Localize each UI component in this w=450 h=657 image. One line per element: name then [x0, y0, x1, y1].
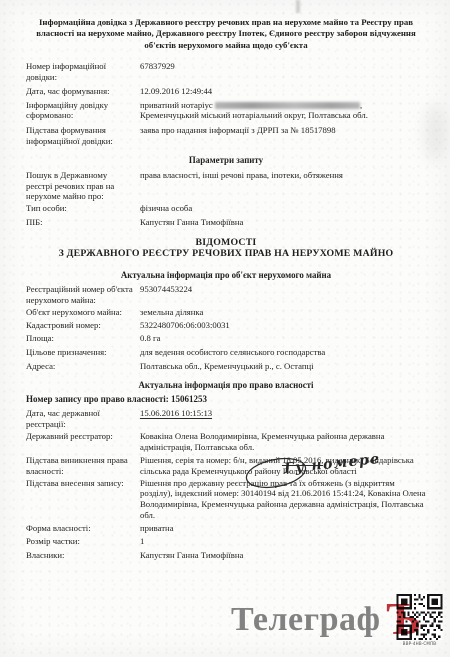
field-value: Полтавська обл., Кременчуцький р., с. Ос…	[140, 361, 426, 372]
field-label: Форма власності:	[26, 523, 140, 534]
field-row-person-type: Тип особи: фізична особа	[26, 203, 426, 214]
field-row-purpose: Цільове призначення: для ведення особист…	[26, 347, 426, 358]
field-value: Капустян Ганна Тимофіївна	[140, 217, 426, 228]
field-label: Пошук в Державному реєстрі речових прав …	[26, 170, 140, 202]
header-fields: Номер інформаційної довідки: 67837929 Да…	[26, 61, 426, 146]
field-value: земельна ділянка	[140, 307, 426, 318]
ownership-fields: Дата, час державної реєстрації: 15.06.20…	[26, 408, 426, 561]
field-label: Державний реєстратор:	[26, 431, 140, 442]
field-row-formation-date: Дата, час формування: 12.09.2016 12:49:4…	[26, 86, 426, 97]
hand-underlined-date: 15.06.2016 10:15:13	[140, 408, 212, 420]
scan-smudge	[296, 0, 300, 13]
section-heading-query-params: Параметри запиту	[26, 155, 426, 166]
field-value: права власності, інші речові права, іпот…	[140, 170, 426, 181]
field-row-registration-datetime: Дата, час державної реєстрації: 15.06.20…	[26, 408, 426, 430]
field-row-entry-basis: Підстава внесення запису: Рішення про де…	[26, 478, 426, 521]
field-label: Реєстраційний номер об'єкта нерухомого м…	[26, 284, 140, 306]
field-row-area: Площа: 0.8 га	[26, 333, 426, 344]
field-row-ownership-form: Форма власності: приватна	[26, 523, 426, 534]
field-label: Кадастровий номер:	[26, 320, 140, 331]
field-label: Площа:	[26, 333, 140, 344]
field-row-state-registrar: Державний реєстратор: Ковакіна Олена Вол…	[26, 431, 426, 453]
field-label: Об'єкт нерухомого майна:	[26, 307, 140, 318]
section-heading-register: ВІДОМОСТІ З ДЕРЖАВНОГО РЕЄСТРУ РЕЧОВИХ П…	[26, 237, 426, 261]
field-row-certificate-number: Номер інформаційної довідки: 67837929	[26, 61, 426, 83]
field-row-owners: Власники: Капустян Ганна Тимофіївна	[26, 550, 426, 561]
watermark-telegraf-red-letter: Ъ	[386, 596, 421, 642]
watermark-telegraf: Телеграф	[231, 603, 381, 637]
field-value: фізична особа	[140, 203, 426, 214]
field-label: Підстава внесення запису:	[26, 478, 140, 489]
field-label: Підстава формування інформаційної довідк…	[26, 125, 140, 147]
field-value: 12.09.2016 12:49:44	[140, 86, 426, 97]
field-value: 0.8 га	[140, 333, 426, 344]
field-row-address: Адреса: Полтавська обл., Кременчуцький р…	[26, 361, 426, 372]
redacted-name	[215, 102, 360, 109]
notary-comma: ,	[360, 100, 362, 110]
field-value: приватний нотаріус , Кременчуцький міськ…	[140, 100, 426, 122]
field-value: Ковакіна Олена Володимирівна, Кременчуць…	[140, 431, 426, 453]
field-label: Цільове призначення:	[26, 347, 140, 358]
query-fields: Пошук в Державному реєстрі речових прав …	[26, 170, 426, 228]
field-value: Капустян Ганна Тимофіївна	[140, 550, 426, 561]
scan-smudge	[424, 104, 446, 162]
field-row-search-scope: Пошук в Державному реєстрі речових прав …	[26, 170, 426, 202]
field-value: приватна	[140, 523, 426, 534]
field-label: Власники:	[26, 550, 140, 561]
ownership-record-number: Номер запису про право власності: 150612…	[26, 394, 426, 405]
field-row-registration-number: Реєстраційний номер об'єкта нерухомого м…	[26, 284, 426, 306]
field-value: 953074453224	[140, 284, 426, 295]
document-content: Інформаційна довідка з Державного реєстр…	[0, 0, 450, 561]
field-label: Підстава виникнення права власності:	[26, 455, 140, 477]
field-label: Номер інформаційної довідки:	[26, 61, 140, 83]
field-label: Дата, час формування:	[26, 86, 140, 97]
object-fields: Реєстраційний номер об'єкта нерухомого м…	[26, 284, 426, 371]
document-page: Інформаційна довідка з Державного реєстр…	[0, 0, 450, 657]
field-row-share-size: Розмір частки: 1	[26, 536, 426, 547]
field-label: Адреса:	[26, 361, 140, 372]
field-row-formed-by: Інформаційну довідку сформовано: приватн…	[26, 100, 426, 122]
field-row-object-type: Об'єкт нерухомого майна: земельна ділянк…	[26, 307, 426, 318]
field-label: Дата, час державної реєстрації:	[26, 408, 140, 430]
field-label: Розмір частки:	[26, 536, 140, 547]
field-value: 5322480706:06:003:0031	[140, 320, 426, 331]
field-row-cadastral-number: Кадастровий номер: 5322480706:06:003:003…	[26, 320, 426, 331]
field-label: Тип особи:	[26, 203, 140, 214]
notary-district: Кременчуцький міський нотаріальний округ…	[140, 110, 368, 120]
register-heading-line1: ВІДОМОСТІ	[26, 237, 426, 249]
document-title: Інформаційна довідка з Державного реєстр…	[26, 17, 426, 51]
register-heading-line2: З ДЕРЖАВНОГО РЕЄСТРУ РЕЧОВИХ ПРАВ НА НЕР…	[26, 248, 426, 260]
notary-prefix: приватний нотаріус	[140, 100, 215, 110]
field-label: ПІБ:	[26, 217, 140, 228]
field-value: для ведення особистого селянського госпо…	[140, 347, 426, 358]
handwritten-circle	[243, 455, 309, 491]
field-label: Інформаційну довідку сформовано:	[26, 100, 140, 122]
field-row-person-name: ПІБ: Капустян Ганна Тимофіївна	[26, 217, 426, 228]
field-row-formation-basis: Підстава формування інформаційної довідк…	[26, 125, 426, 147]
field-value: заява про надання інформації з ДРРП за №…	[140, 125, 426, 136]
field-value: 67837929	[140, 61, 426, 72]
section-heading-object-info: Актуальна інформація про об'єкт нерухомо…	[26, 270, 426, 281]
field-value: 15.06.2016 10:15:13	[140, 408, 426, 419]
field-value: 1	[140, 536, 426, 547]
section-heading-ownership: Актуальна інформація про право власності	[26, 380, 426, 391]
